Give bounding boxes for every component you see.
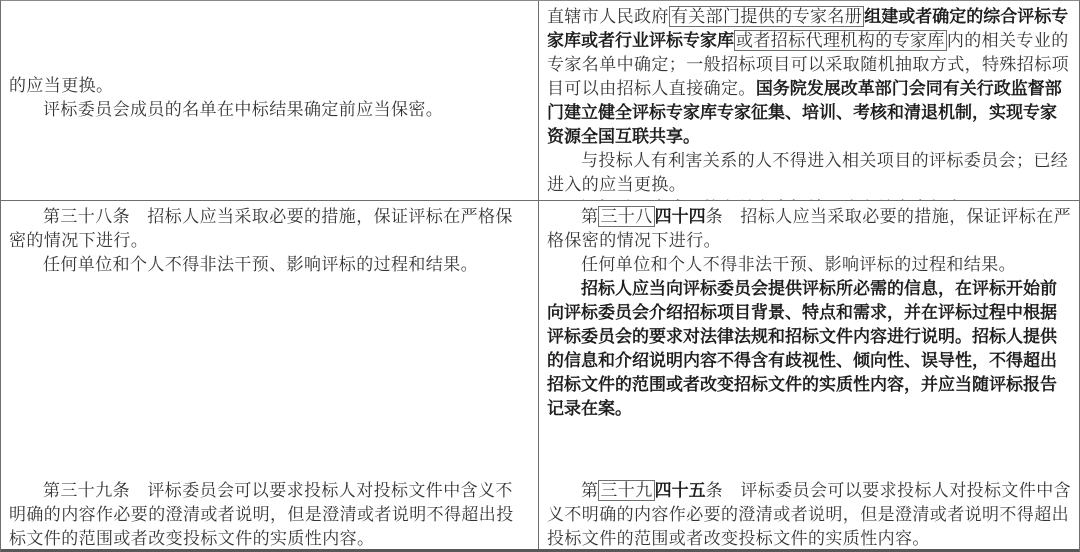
deleted-text-box: 三十九 <box>598 480 654 501</box>
paragraph: 第三十九条 评标委员会可以要求投标人对投标文件中含义不明确的内容作必要的澄清或者… <box>9 479 530 551</box>
paragraph: 直辖市人民政府有关部门提供的专家名册组建或者确定的综合评标专家库或者行业评标专家… <box>547 5 1071 149</box>
text-run: 直辖市人民政府 <box>547 7 669 26</box>
old-law-cell: 的应当更换。评标委员会成员的名单在中标结果确定前应当保密。 <box>1 1 539 200</box>
paragraph: 评标委员会成员的名单在中标结果确定前应当保密。 <box>547 197 1071 200</box>
deleted-text-box: 有关部门提供的专家名册 <box>669 6 864 27</box>
table-row: 第三十八条 招标人应当采取必要的措施，保证评标在严格保密的情况下进行。任何单位和… <box>1 201 1079 475</box>
text-run: 的应当更换。 <box>9 76 113 95</box>
text-run: 第三十九条 评标委员会可以要求投标人对投标文件中含义不明确的内容作必要的澄清或者… <box>9 481 514 548</box>
paragraph: 任何单位和个人不得非法干预、影响评标的过程和结果。 <box>9 253 530 277</box>
text-run: 任何单位和个人不得非法干预、影响评标的过程和结果。 <box>43 255 478 274</box>
text-run: 评标委员会成员的名单在中标结果确定前应当保密。 <box>43 100 443 119</box>
text-run: 任何单位和个人不得非法干预、影响评标的过程和结果。 <box>581 255 1016 274</box>
added-text: 招标人应当向评标委员会提供评标所必需的信息，在评标开始前向评标委员会介绍招标项目… <box>547 279 1057 418</box>
paragraph: 招标人应当向评标委员会提供评标所必需的信息，在评标开始前向评标委员会介绍招标项目… <box>547 277 1071 421</box>
paragraph: 任何单位和个人不得非法干预、影响评标的过程和结果。 <box>547 253 1071 277</box>
added-text: 四十四 <box>655 207 706 226</box>
table-row: 的应当更换。评标委员会成员的名单在中标结果确定前应当保密。直辖市人民政府有关部门… <box>1 1 1079 201</box>
paragraph: 评标委员会成员的名单在中标结果确定前应当保密。 <box>9 98 530 122</box>
old-law-cell: 第三十八条 招标人应当采取必要的措施，保证评标在严格保密的情况下进行。任何单位和… <box>1 201 539 475</box>
revised-draft-cell: 第三十八四十四条 招标人应当采取必要的措施，保证评标在严格保密的情况下进行。任何… <box>539 201 1079 475</box>
revised-draft-cell: 第三十九四十五条 评标委员会可以要求投标人对投标文件中含义不明确的内容作必要的澄… <box>539 475 1079 551</box>
text-run: 第 <box>581 207 598 226</box>
deleted-text-box: 或者招标代理机构的专家库 <box>734 30 947 51</box>
paragraph: 的应当更换。 <box>9 74 530 98</box>
paragraph: 与投标人有利害关系的人不得进入相关项目的评标委员会；已经进入的应当更换。 <box>547 149 1071 197</box>
paragraph: 第三十八条 招标人应当采取必要的措施，保证评标在严格保密的情况下进行。 <box>9 205 530 253</box>
text-run: 与投标人有利害关系的人不得进入相关项目的评标委员会；已经进入的应当更换。 <box>547 151 1068 194</box>
text-run: 第 <box>581 481 598 500</box>
comparison-table: 的应当更换。评标委员会成员的名单在中标结果确定前应当保密。直辖市人民政府有关部门… <box>0 0 1080 552</box>
paragraph: 第三十八四十四条 招标人应当采取必要的措施，保证评标在严格保密的情况下进行。 <box>547 205 1071 253</box>
table-row: 第三十九条 评标委员会可以要求投标人对投标文件中含义不明确的内容作必要的澄清或者… <box>1 475 1079 552</box>
text-run: 第三十八条 招标人应当采取必要的措施，保证评标在严格保密的情况下进行。 <box>9 207 513 250</box>
text-run: 评标委员会成员的名单在中标结果确定前应当保密。 <box>581 199 981 200</box>
old-law-cell: 第三十九条 评标委员会可以要求投标人对投标文件中含义不明确的内容作必要的澄清或者… <box>1 475 539 551</box>
revised-draft-cell: 直辖市人民政府有关部门提供的专家名册组建或者确定的综合评标专家库或者行业评标专家… <box>539 1 1079 200</box>
added-text: 四十五 <box>655 481 706 500</box>
deleted-text-box: 三十八 <box>598 206 654 227</box>
paragraph: 第三十九四十五条 评标委员会可以要求投标人对投标文件中含义不明确的内容作必要的澄… <box>547 479 1071 551</box>
